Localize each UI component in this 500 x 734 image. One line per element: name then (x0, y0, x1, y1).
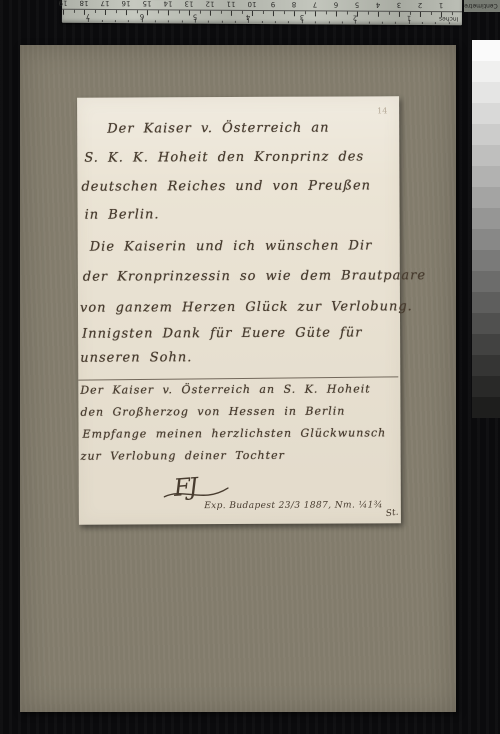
ruler-tick (210, 11, 211, 16)
ruler-inch-tick (355, 20, 356, 24)
handwritten-line: Der Kaiser v. Österreich an (107, 121, 329, 137)
ruler-half-tick (430, 12, 431, 15)
ruler-half-tick (73, 10, 74, 13)
handwritten-line: den Großherzog von Hessen in Berlin (80, 405, 345, 419)
ruler-inch-tick (222, 21, 223, 23)
ruler-tick (399, 12, 400, 17)
ruler-cm-number: 14 (162, 0, 174, 7)
archival-photo-scene: 14 Der Kaiser v. Österreich an S. K. K. … (0, 0, 500, 734)
wedge-step (472, 40, 500, 61)
handwritten-line: der Kronprinzessin so wie dem Brautpaare (83, 268, 426, 284)
handwritten-line: von ganzem Herzen Glück zur Verlobung. (80, 299, 413, 315)
ruler-half-tick (367, 12, 368, 15)
ruler-half-tick (178, 10, 179, 13)
ruler-inch-tick (248, 19, 249, 23)
handwritten-line: zur Verlobung deiner Tochter (81, 449, 285, 463)
wedge-step (472, 334, 500, 355)
ruler-inch-tick (208, 21, 209, 23)
ruler-half-tick (157, 10, 158, 13)
ruler-inch-tick (155, 20, 156, 22)
ruler-inch-tick (168, 20, 169, 22)
wedge-step (472, 229, 500, 250)
ruler-inch-tick (342, 21, 343, 23)
ruler-centimetres-label: Centimetres (464, 2, 498, 9)
wedge-step (472, 61, 500, 82)
wedge-step (472, 82, 500, 103)
dispatch-initials: St. (386, 507, 400, 519)
dispatch-note: Exp. Budapest 23/3 1887, Nm. ¼1¾ (204, 500, 383, 511)
ruler-tick (63, 10, 64, 15)
ruler-inch-tick (262, 21, 263, 23)
wedge-step (472, 208, 500, 229)
wedge-step (472, 124, 500, 145)
handwritten-line: Innigsten Dank für Euere Güte für (82, 325, 362, 341)
ruler-inch-tick (101, 20, 102, 22)
wedge-step (472, 166, 500, 187)
wedge-step (472, 355, 500, 376)
ruler-cm-number: 7 (309, 0, 321, 8)
ruler-cm-number: 6 (330, 0, 342, 8)
wedge-step (472, 103, 500, 124)
ruler-cm-number: 19 (57, 0, 69, 7)
grayscale-calibration-wedge (472, 40, 500, 418)
ruler-half-tick (325, 11, 326, 14)
handwritten-line: unseren Sohn. (80, 350, 192, 365)
letter-sheet: 14 Der Kaiser v. Österreich an S. K. K. … (77, 96, 401, 524)
ruler-cm-number: 16 (120, 0, 132, 7)
ruler-half-tick (346, 12, 347, 15)
wedge-step (472, 187, 500, 208)
handwritten-line: Empfange meinen herzlichsten Glückwunsch (83, 426, 387, 440)
ruler-tick (378, 12, 379, 17)
ruler-cm-number: 2 (414, 1, 426, 9)
wedge-step (472, 271, 500, 292)
ruler-tick (336, 11, 337, 16)
ruler-half-tick (262, 11, 263, 14)
ruler-tick (273, 11, 274, 16)
ruler-cm-number: 18 (78, 0, 90, 7)
ruler-cm-number: 8 (288, 0, 300, 8)
handwritten-line: Der Kaiser v. Österreich an S. K. Hoheit (80, 382, 370, 396)
wedge-step (472, 292, 500, 313)
ruler-inch-tick (422, 22, 423, 24)
metal-ruler: 12345678910111213141516171819 1234567 In… (62, 0, 462, 25)
ruler-inch-tick (195, 19, 196, 23)
ruler-half-tick (220, 11, 221, 14)
ruler-cm-number: 4 (372, 1, 384, 9)
ruler-inch-tick (395, 22, 396, 24)
ruler-tick (294, 11, 295, 16)
ruled-divider-line (78, 376, 398, 380)
wedge-step (472, 313, 500, 334)
ruler-inch-tick (435, 22, 436, 24)
ruler-tick (231, 11, 232, 16)
wedge-step (472, 397, 500, 418)
handwritten-line: deutschen Reiches und von Preußen (81, 178, 371, 194)
handwritten-line: S. K. K. Hoheit den Kronprinz des (84, 149, 364, 165)
ruler-cm-number: 5 (351, 1, 363, 9)
ruler-cm-number: 9 (267, 0, 279, 8)
ruler-inch-tick (315, 21, 316, 23)
ruler-inch-tick (115, 20, 116, 22)
ruler-cm-number: 12 (204, 0, 216, 8)
ruler-half-tick (283, 11, 284, 14)
ruler-inch-tick (328, 21, 329, 23)
ruler-inches-label: Inches (438, 15, 458, 22)
ruler-cm-number: 1 (435, 1, 447, 9)
ruler-cm-number: 3 (393, 1, 405, 9)
ruler-inch-tick (88, 18, 89, 22)
ruler-half-tick (94, 10, 95, 13)
ruler-cm-number: 13 (183, 0, 195, 8)
ruler-inch-tick (182, 21, 183, 23)
ruler-inch-tick (288, 21, 289, 23)
ruler-inch-tick (302, 19, 303, 23)
ruler-half-tick (388, 12, 389, 15)
ruler-inch-tick (449, 22, 450, 24)
imperial-signature: FJ (173, 472, 197, 502)
ruler-half-tick (115, 10, 116, 13)
ruler-tick (105, 10, 106, 15)
ruler-inch-tick (275, 21, 276, 23)
ruler-inch-tick (142, 18, 143, 22)
handwritten-line: in Berlin. (85, 207, 160, 222)
ruler-inch-tick (235, 21, 236, 23)
ruler-inch-tick (409, 20, 410, 24)
handwritten-line: Die Kaiserin und ich wünschen Dir (90, 238, 373, 254)
wedge-step (472, 145, 500, 166)
ruler-end-cap: Centimetres (464, 0, 500, 12)
ruler-cm-number: 17 (99, 0, 111, 7)
ruler-tick (126, 10, 127, 15)
wedge-step (472, 376, 500, 397)
ruler-cm-number: 11 (225, 0, 237, 8)
pencil-page-number: 14 (377, 106, 387, 115)
ruler-inch-tick (128, 20, 129, 22)
backing-board: 14 Der Kaiser v. Österreich an S. K. K. … (20, 45, 456, 712)
ruler-tick (420, 12, 421, 17)
ruler-cm-number: 10 (246, 0, 258, 8)
ruler-tick (315, 11, 316, 16)
ruler-inch-tick (368, 22, 369, 24)
wedge-step (472, 250, 500, 271)
ruler-tick (168, 10, 169, 15)
ruler-inch-tick (382, 22, 383, 24)
ruler-cm-number: 15 (141, 0, 153, 7)
